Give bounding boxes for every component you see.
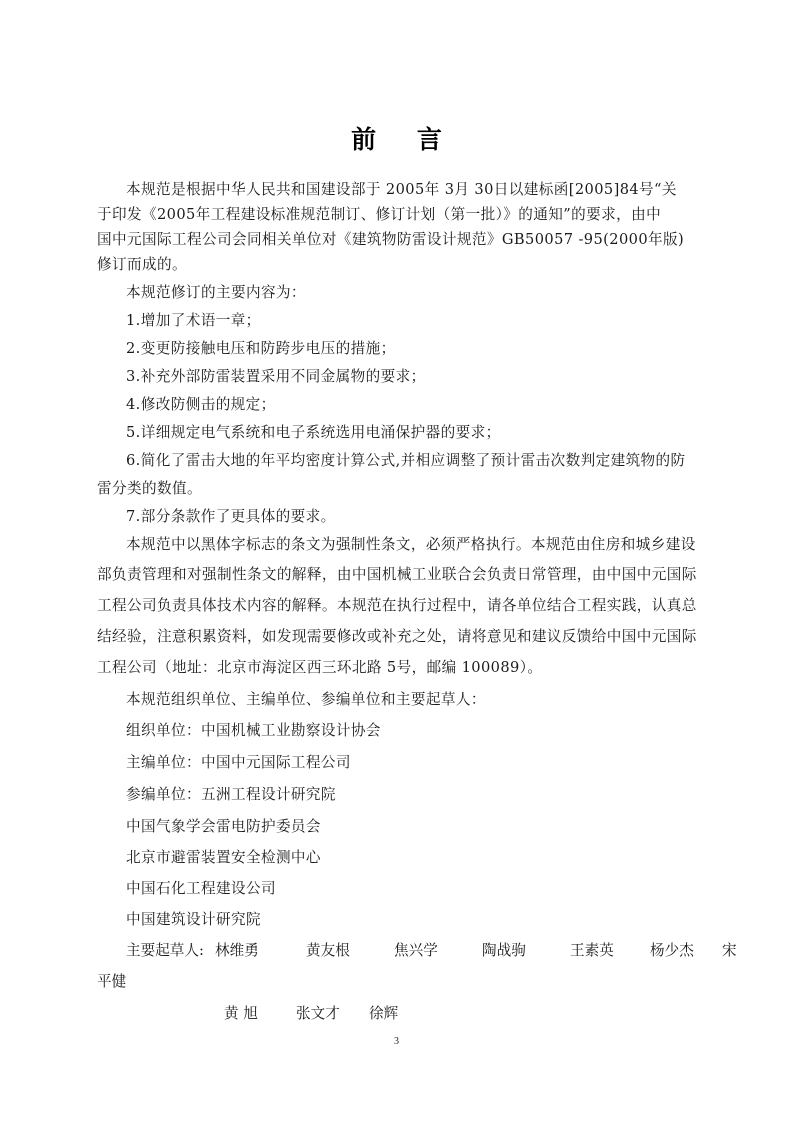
mandatory-line-4: 结经验，注意积累资料，如发现需要修改或补充之处，请将意见和建议反馈给中国中元国际 bbox=[97, 627, 707, 647]
mandatory-line-3: 工程公司负责具体技术内容的解释。本规范在执行过程中，请各单位结合工程实践，认真总 bbox=[97, 596, 707, 616]
mandatory-line-2: 部负责管理和对强制性条文的解释，由中国机械工业联合会负责日常管理，由中国中元国际 bbox=[97, 565, 707, 585]
chief-editor-unit: 主编单位：中国中元国际工程公司 bbox=[126, 753, 736, 773]
drafters-label: 主要起草人: bbox=[126, 941, 204, 961]
drafter-name: 陶战驹 bbox=[482, 941, 526, 961]
participating-unit-1: 参编单位：五洲工程设计研究院 bbox=[126, 785, 736, 805]
participating-unit-5: 中国建筑设计研究院 bbox=[126, 910, 736, 930]
revision-item-1: 1.增加了术语一章； bbox=[126, 311, 736, 331]
participating-unit-3: 北京市避雷装置安全检测中心 bbox=[126, 848, 736, 868]
drafter-name: 黄 旭 bbox=[224, 1004, 258, 1024]
units-intro: 本规范组织单位、主编单位、参编单位和主要起草人： bbox=[126, 690, 736, 710]
intro-line-3: 国中元国际工程公司会同相关单位对《建筑物防雷设计规范》GB50057 -95(2… bbox=[97, 230, 707, 250]
revision-item-4: 4.修改防侧击的规定； bbox=[126, 395, 736, 415]
revision-item-5: 5.详细规定电气系统和电子系统选用电涌保护器的要求； bbox=[126, 423, 736, 443]
intro-line-2: 于印发《2005年工程建设标准规范制订、修订计划（第一批）》的通知”的要求，由中 bbox=[97, 205, 707, 225]
revision-item-6-cont: 雷分类的数值。 bbox=[97, 479, 707, 499]
revision-item-3: 3.补充外部防雷装置采用不同金属物的要求； bbox=[126, 367, 736, 387]
mandatory-line-5: 工程公司（地址：北京市海淀区西三环北路 5号，邮编 100089）。 bbox=[97, 658, 707, 678]
revision-item-7: 7.部分条款作了更具体的要求。 bbox=[126, 507, 736, 527]
participating-unit-4: 中国石化工程建设公司 bbox=[126, 879, 736, 899]
page-number: 3 bbox=[0, 1036, 793, 1047]
mandatory-line-1: 本规范中以黑体字标志的条文为强制性条文，必须严格执行。本规范由住房和城乡建设 bbox=[126, 535, 736, 555]
drafter-name: 杨少杰 bbox=[650, 941, 694, 961]
drafter-name: 林维勇 bbox=[215, 941, 259, 961]
drafter-name: 张文才 bbox=[296, 1004, 340, 1024]
intro-line-4: 修订而成的。 bbox=[97, 255, 707, 275]
page-title: 前 言 bbox=[0, 120, 793, 156]
drafter-name: 宋 bbox=[722, 941, 737, 961]
drafter-name: 黄友根 bbox=[306, 941, 350, 961]
drafter-name: 焦兴学 bbox=[394, 941, 438, 961]
organizing-unit: 组织单位：中国机械工业勘察设计协会 bbox=[126, 721, 736, 741]
revision-item-2: 2.变更防接触电压和防跨步电压的措施； bbox=[126, 339, 736, 359]
drafter-name: 王素英 bbox=[570, 941, 614, 961]
revision-item-6: 6.简化了雷击大地的年平均密度计算公式,并相应调整了预计雷击次数判定建筑物的防 bbox=[126, 451, 736, 471]
document-page: 前 言 本规范是根据中华人民共和国建设部于 2005年 3月 30日以建标函[2… bbox=[0, 0, 793, 1122]
revision-intro: 本规范修订的主要内容为： bbox=[126, 283, 736, 303]
intro-line-1: 本规范是根据中华人民共和国建设部于 2005年 3月 30日以建标函[2005]… bbox=[126, 180, 707, 200]
drafter-name: 徐辉 bbox=[369, 1004, 398, 1024]
participating-unit-2: 中国气象学会雷电防护委员会 bbox=[126, 817, 736, 837]
drafter-name-wrap: 平健 bbox=[97, 972, 126, 992]
